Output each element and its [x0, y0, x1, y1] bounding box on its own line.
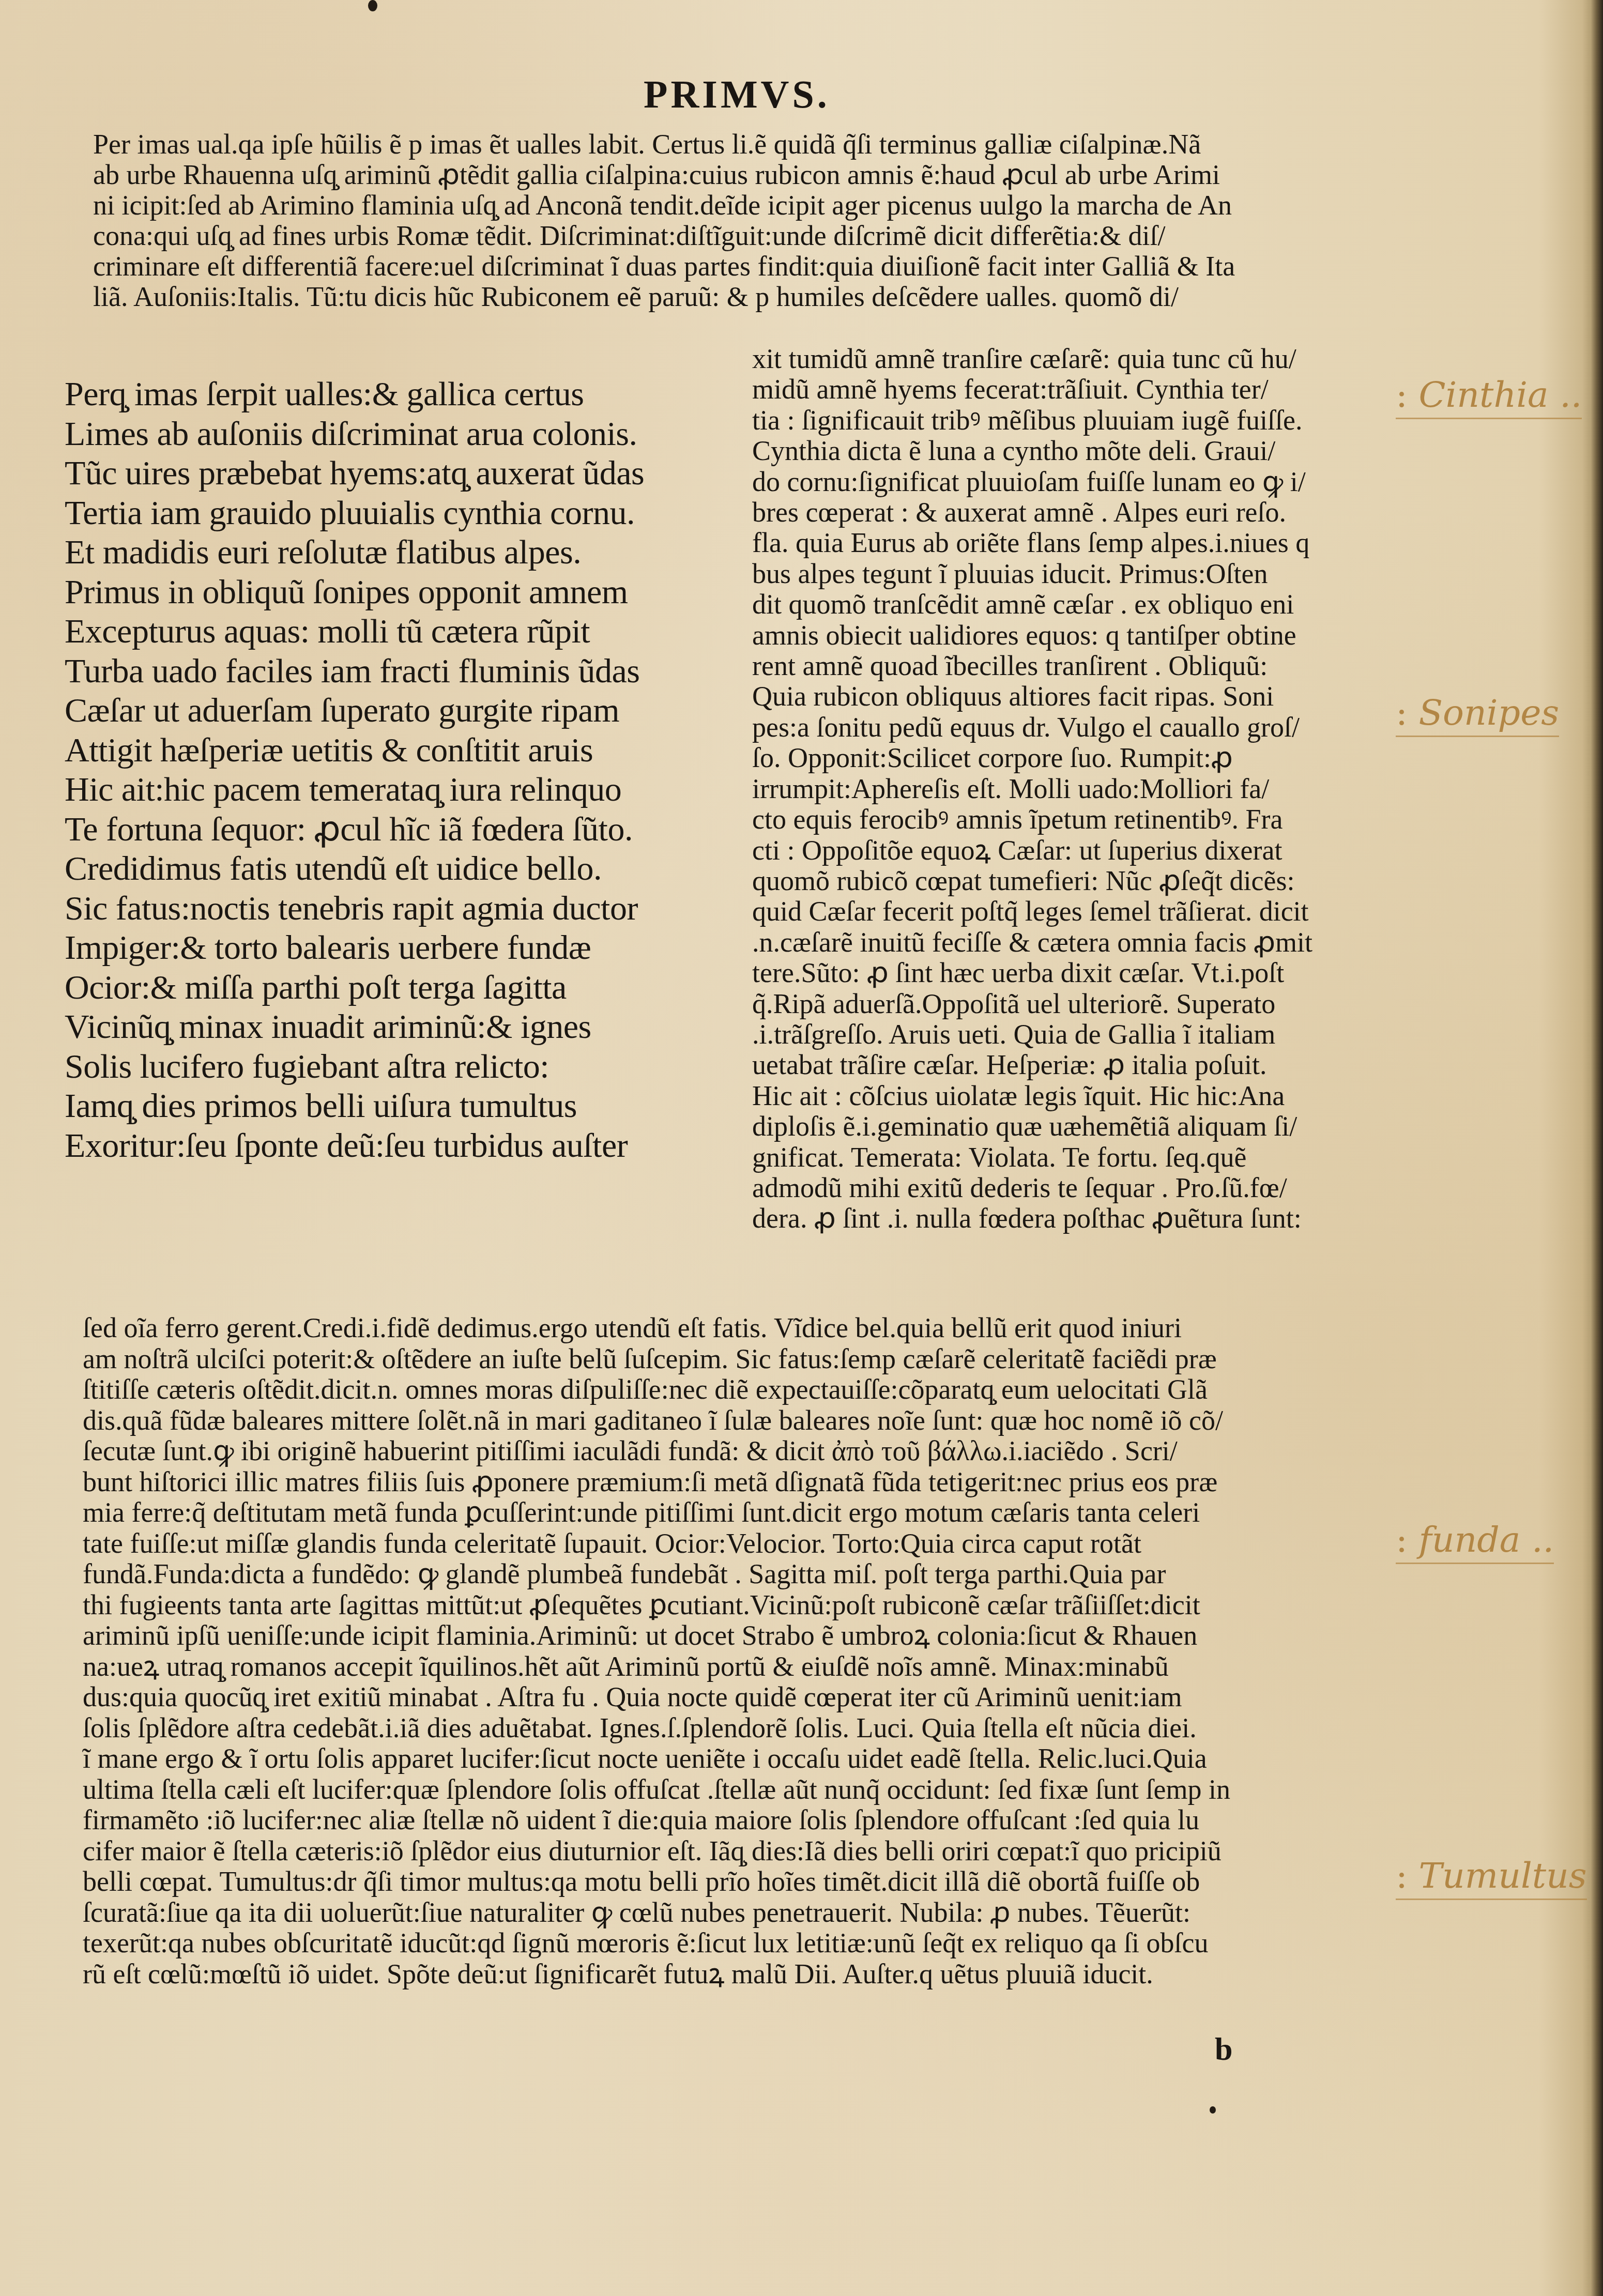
commentary-line: cto equis ferocibꝰ amnis ĩpetum retinent… [752, 804, 1419, 835]
commentary-line: ſed oĩa ferro gerent.Credi.i.fidẽ dedimu… [83, 1313, 1416, 1344]
verse-line: Te fortuna ſequor: ꝓcul hĩc iã fœdera ſũ… [65, 810, 731, 850]
commentary-line: am noſtrã ulciſci poterit:& oſtẽdere an … [83, 1344, 1416, 1375]
commentary-line: dis.quã fũdæ baleares mittere ſolẽt.nã i… [83, 1405, 1416, 1436]
commentary-line: tere.Sũto: ꝓ ſint hæc uerba dixit cæſar.… [752, 958, 1419, 988]
commentary-line: dera. ꝓ ſint .i. nulla fœdera poſthac ꝓu… [752, 1203, 1419, 1234]
commentary-right: xit tumidũ amnẽ tranſire cæſarẽ: quia tu… [752, 344, 1419, 1234]
commentary-line: ſtitiſſe cæteris oſtẽdit.dicit.n. omnes … [83, 1374, 1416, 1405]
commentary-line: .n.cæſarẽ inuitũ feciſſe & cætera omnia … [752, 927, 1419, 958]
commentary-line: uetabat trãſire cæſar. Heſperiæ: ꝓ itali… [752, 1050, 1419, 1080]
commentary-line: ſo. Opponit:Scilicet corpore ſuo. Rumpit… [752, 743, 1419, 773]
commentary-line: q̃.Ripã aduerſã.Oppoſitã uel ulteriorẽ. … [752, 989, 1419, 1019]
commentary-line: criminare eſt differentiã facere:uel diſ… [93, 251, 1416, 282]
verse-line: Tertia iam grauido pluuialis cynthia cor… [65, 494, 731, 533]
commentary-line: ni icipit:ſed ab Arimino flaminia uſq̧ a… [93, 190, 1416, 221]
marginal-annotation: Sonipes [1396, 693, 1559, 737]
commentary-line: admodũ mihi exitũ dederis te ſequar . Pr… [752, 1173, 1419, 1203]
verse-line: Tũc uires præbebat hyems:atq̧ auxerat ũd… [65, 454, 731, 494]
commentary-bottom: ſed oĩa ferro gerent.Credi.i.fidẽ dedimu… [83, 1313, 1416, 1989]
commentary-line: irrumpit:Aphereſis eſt. Molli uado:Molli… [752, 774, 1419, 804]
running-head: PRIMVS. [644, 72, 830, 117]
commentary-line: bunt hiſtorici illic matres filiis ſuis … [83, 1467, 1416, 1498]
commentary-line: bres cœperat : & auxerat amnẽ . Alpes eu… [752, 497, 1419, 528]
commentary-line: ab urbe Rhauenna uſq̧ ariminũ ꝓtẽdit gal… [93, 160, 1416, 190]
verse-line: Vicinũq̧ minax inuadit ariminũ:& ignes [65, 1007, 731, 1047]
commentary-top: Per imas ual.qa ipſe hũilis ẽ p imas ẽt … [93, 129, 1416, 312]
commentary-line: tate fuiſſe:ut miſſæ glandis funda celer… [83, 1528, 1416, 1559]
verse-line: Attigit hæſperiæ uetitis & conſtitit aru… [65, 731, 731, 771]
verse-line: Et madidis euri reſolutæ flatibus alpes. [65, 533, 731, 573]
page-spine-edge [1582, 0, 1603, 2296]
commentary-line: quomõ rubicõ cœpat tumefieri: Nũc ꝓſeq̃t… [752, 866, 1419, 896]
commentary-line: Hic ait : cõſcius uiolatæ legis ĩquit. H… [752, 1081, 1419, 1111]
verse-line: Sic fatus:noctis tenebris rapit agmia du… [65, 889, 731, 929]
commentary-line: Cynthia dicta ẽ luna a cyntho mõte deli.… [752, 436, 1419, 466]
verse-line: Turba uado faciles iam fracti fluminis ũ… [65, 652, 731, 692]
verse-line: Ocior:& miſſa parthi poſt terga ſagitta [65, 968, 731, 1008]
verse-line: Impiger:& torto balearis uerbere fundæ [65, 928, 731, 968]
commentary-line: ĩ mane ergo & ĩ ortu ſolis apparet lucif… [83, 1743, 1416, 1774]
commentary-line: fundã.Funda:dicta a fundẽdo: ꝙ glandẽ pl… [83, 1559, 1416, 1590]
verse-line: Limes ab auſoniis diſcriminat arua colon… [65, 415, 731, 454]
commentary-line: dit quomõ tranſcẽdit amnẽ cæſar . ex obl… [752, 589, 1419, 620]
commentary-line: cona:qui uſq̧ ad fines urbis Romæ tẽdit.… [93, 221, 1416, 251]
commentary-line: pes:a ſonitu pedũ equus dr. Vulgo el cau… [752, 712, 1419, 743]
commentary-line: bus alpes tegunt ĩ pluuias iducit. Primu… [752, 559, 1419, 589]
commentary-line: cifer maior ẽ ſtella cæteris:iõ ſplẽdor … [83, 1836, 1416, 1867]
commentary-line: ſolis ſplẽdore aſtra cedebãt.i.iã dies a… [83, 1713, 1416, 1744]
commentary-line: thi fugieents tanta arte ſagittas mittũt… [83, 1590, 1416, 1621]
commentary-line: dus:quia quocũq̧ iret exitiũ minabat . A… [83, 1682, 1416, 1713]
verse-text: Perq̧ imas ſerpit ualles:& gallica certu… [65, 375, 731, 1166]
verse-line: Excepturus aquas: molli tũ cætera rũpit [65, 612, 731, 652]
ink-blot [368, 0, 377, 11]
commentary-line: ſcuratã:ſiue qa ita dii uoluerũt:ſiue na… [83, 1897, 1416, 1928]
commentary-line: rũ eſt cœlũ:mœſtũ iõ uidet. Spõte deũ:ut… [83, 1959, 1416, 1990]
verse-line: Perq̧ imas ſerpit ualles:& gallica certu… [65, 375, 731, 415]
commentary-line: midũ amnẽ hyems fecerat:trãſiuit. Cynthi… [752, 374, 1419, 405]
commentary-line: diploſis ẽ.i.geminatio quæ uæhemẽtiã ali… [752, 1111, 1419, 1142]
commentary-line: liã. Auſoniis:Italis. Tũ:tu dicis hũc Ru… [93, 282, 1416, 312]
commentary-line: belli cœpat. Tumultus:dr q̃ſi timor mult… [83, 1866, 1416, 1897]
commentary-line: cti : Oppoſitõe equoꝝ Cæſar: ut ſuperius… [752, 835, 1419, 866]
verse-line: Solis lucifero fugiebant aſtra relicto: [65, 1047, 731, 1087]
commentary-line: tia : ſignificauit tribꝰ mẽſibus pluuiam… [752, 405, 1419, 436]
commentary-line: xit tumidũ amnẽ tranſire cæſarẽ: quia tu… [752, 344, 1419, 374]
commentary-line: Quia rubicon obliquus altiores facit rip… [752, 681, 1419, 712]
commentary-line: na:ueꝝ utraq̧ romanos accepit ĩquilinos.… [83, 1651, 1416, 1682]
verse-line: Hic ait:hic pacem temerataq̧ iura relinq… [65, 770, 731, 810]
commentary-line: ariminũ ipſũ ueniſſe:unde icipit flamini… [83, 1620, 1416, 1651]
marginal-annotation: Tumultus [1396, 1856, 1587, 1900]
ink-blot [1210, 2106, 1216, 2114]
commentary-line: .i.trãſgreſſo. Aruis ueti. Quia de Galli… [752, 1019, 1419, 1050]
verse-line: Iamq̧ dies primos belli uiſura tumultus [65, 1086, 731, 1126]
verse-line: Exoritur:ſeu ſponte deũ:ſeu turbidus auſ… [65, 1126, 731, 1166]
commentary-line: texerũt:qa nubes obſcuritatẽ iducũt:qd ſ… [83, 1928, 1416, 1959]
commentary-line: firmamẽto :iõ lucifer:nec aliæ ſtellæ nõ… [83, 1805, 1416, 1836]
commentary-line: mia ferre:q̃ deſtitutam metã funda ꝑcuſſ… [83, 1497, 1416, 1528]
signature-mark: b [1215, 2031, 1232, 2068]
commentary-line: gnificat. Temerata: Violata. Te fortu. ſ… [752, 1142, 1419, 1173]
marginal-annotation: Cinthia .. [1396, 375, 1582, 419]
marginal-annotation: funda .. [1396, 1520, 1554, 1564]
commentary-line: ſecutæ ſunt.ꝙ ibi originẽ habuerint piti… [83, 1436, 1416, 1467]
verse-line: Credidimus fatis utendũ eſt uidice bello… [65, 849, 731, 889]
commentary-line: do cornu:ſignificat pluuioſam fuiſſe lun… [752, 467, 1419, 497]
commentary-line: amnis obiecit ualidiores equos: q tantiſ… [752, 620, 1419, 651]
commentary-line: quid Cæſar fecerit poſtq̃ leges ſemel tr… [752, 896, 1419, 927]
commentary-line: rent amnẽ quoad ĩbecilles tranſirent . O… [752, 651, 1419, 681]
commentary-line: Per imas ual.qa ipſe hũilis ẽ p imas ẽt … [93, 129, 1416, 160]
verse-line: Primus in obliquũ ſonipes opponit amnem [65, 573, 731, 613]
commentary-line: ultima ſtella cæli eſt lucifer:quæ ſplen… [83, 1774, 1416, 1805]
verse-line: Cæſar ut aduerſam ſuperato gurgite ripam [65, 691, 731, 731]
commentary-line: fla. quia Eurus ab oriẽte flans ſemp alp… [752, 528, 1419, 558]
